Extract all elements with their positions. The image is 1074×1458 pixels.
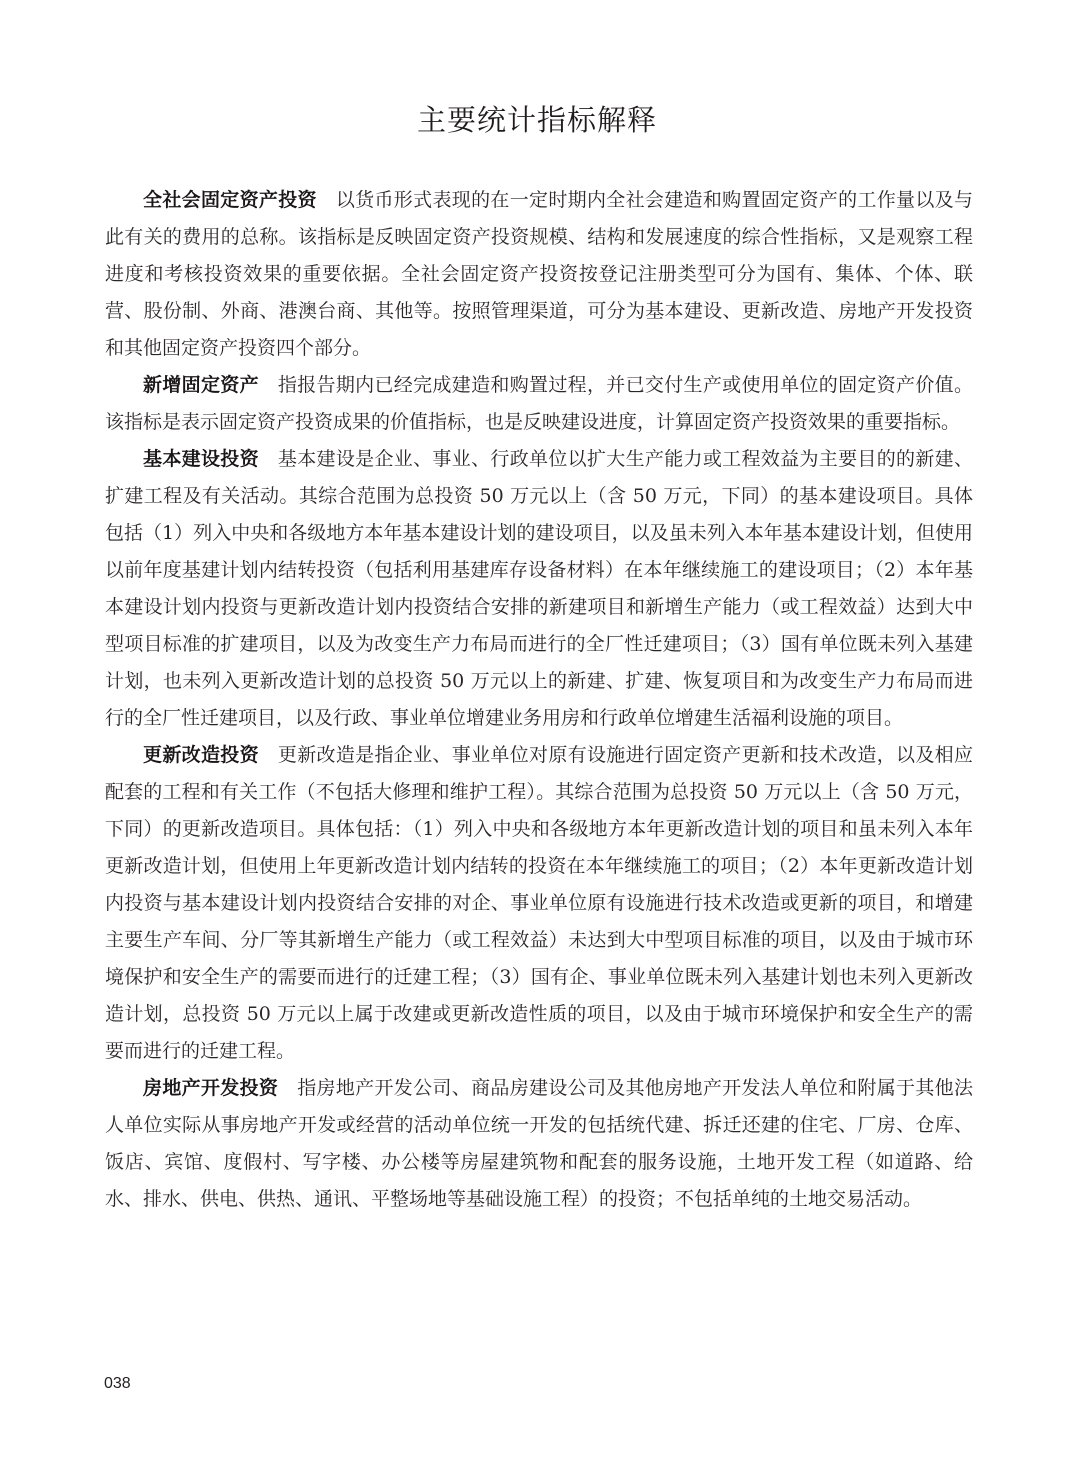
term-label: 全社会固定资产投资 xyxy=(143,189,317,211)
definition-entry-renovation-investment: 更新改造投资更新改造是指企业、事业单位对原有设施进行固定资产更新和技术改造，以及… xyxy=(105,737,973,1070)
definitions-body: 全社会固定资产投资以货币形式表现的在一定时期内全社会建造和购置固定资产的工作量以… xyxy=(105,182,973,1218)
definition-entry-new-fixed-assets: 新增固定资产指报告期内已经完成建造和购置过程，并已交付生产或使用单位的固定资产价… xyxy=(105,367,973,441)
document-page: 主要统计指标解释 全社会固定资产投资以货币形式表现的在一定时期内全社会建造和购置… xyxy=(0,0,1074,1458)
page-title: 主要统计指标解释 xyxy=(0,98,1074,139)
definition-entry-capital-construction: 基本建设投资基本建设是企业、事业、行政单位以扩大生产能力或工程效益为主要目的的新… xyxy=(105,441,973,737)
definition-text: 以货币形式表现的在一定时期内全社会建造和购置固定资产的工作量以及与此有关的费用的… xyxy=(105,189,973,359)
term-label: 房地产开发投资 xyxy=(143,1077,278,1099)
definition-text: 基本建设是企业、事业、行政单位以扩大生产能力或工程效益为主要目的的新建、扩建工程… xyxy=(105,448,973,729)
definition-entry-real-estate-investment: 房地产开发投资指房地产开发公司、商品房建设公司及其他房地产开发法人单位和附属于其… xyxy=(105,1070,973,1218)
definition-text: 更新改造是指企业、事业单位对原有设施进行固定资产更新和技术改造，以及相应配套的工… xyxy=(105,744,973,1062)
term-label: 更新改造投资 xyxy=(143,744,259,766)
term-label: 基本建设投资 xyxy=(143,448,259,470)
definition-entry-fixed-asset-investment: 全社会固定资产投资以货币形式表现的在一定时期内全社会建造和购置固定资产的工作量以… xyxy=(105,182,973,367)
page-number: 038 xyxy=(104,1375,131,1393)
term-label: 新增固定资产 xyxy=(143,374,259,396)
